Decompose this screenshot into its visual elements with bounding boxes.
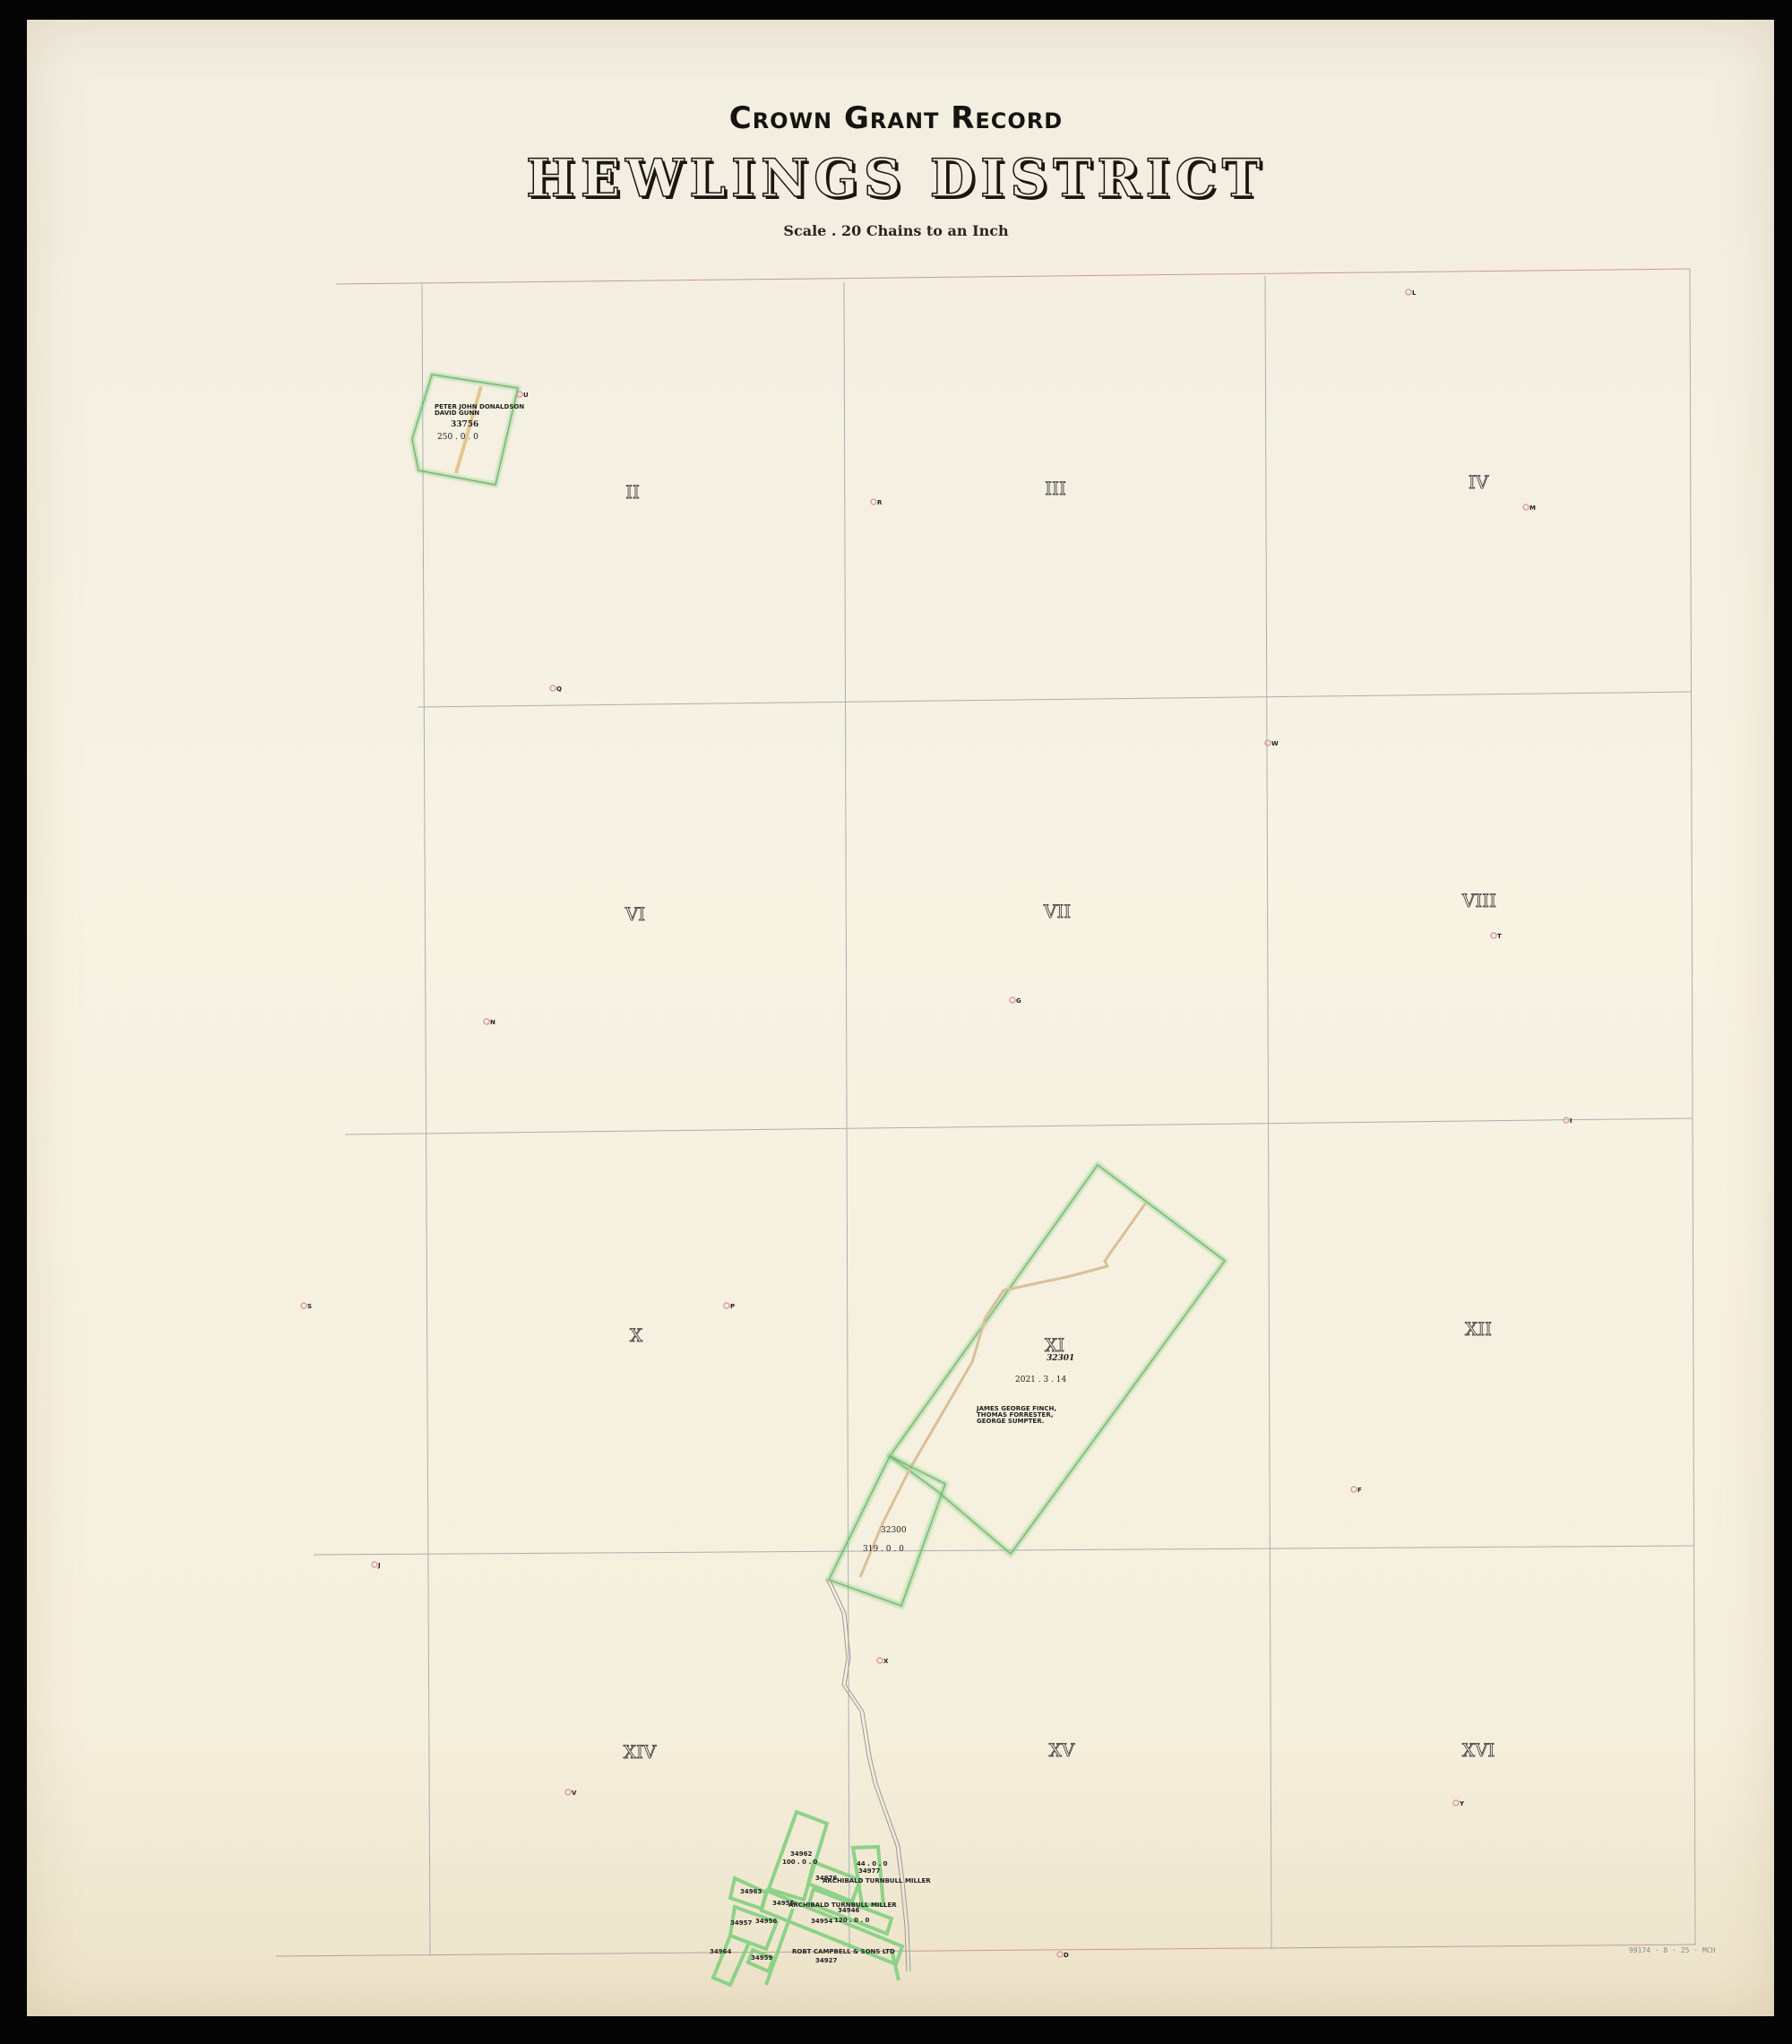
svg-text:34959: 34959 <box>751 1954 772 1962</box>
svg-text:32300: 32300 <box>881 1526 907 1535</box>
svg-text:33756: 33756 <box>451 420 478 429</box>
svg-text:Y: Y <box>1459 1800 1465 1807</box>
svg-text:P: P <box>730 1303 735 1310</box>
svg-text:L: L <box>1412 289 1417 297</box>
svg-text:I: I <box>1570 1117 1572 1125</box>
survey-marker-x: X <box>877 1658 889 1665</box>
survey-marker-q: Q <box>550 686 562 693</box>
svg-text:34977: 34977 <box>858 1867 880 1875</box>
section-label-xv: XV <box>1049 1739 1075 1761</box>
svg-text:S: S <box>307 1303 312 1310</box>
svg-text:J: J <box>377 1562 381 1569</box>
survey-marker-l: L <box>1406 289 1417 297</box>
svg-text:ARCHIBALD TURNBULL MILLER: ARCHIBALD TURNBULL MILLER <box>823 1877 931 1884</box>
svg-text:120 . 0 . 0: 120 . 0 . 0 <box>834 1917 870 1924</box>
svg-text:DAVID GUNN: DAVID GUNN <box>435 410 479 417</box>
svg-text:U: U <box>523 392 529 399</box>
svg-text:34956: 34956 <box>755 1918 777 1925</box>
survey-marker-n: N <box>484 1019 495 1026</box>
svg-text:GEORGE SUMPTER.: GEORGE SUMPTER. <box>977 1418 1044 1425</box>
svg-text:34954: 34954 <box>811 1918 832 1925</box>
svg-text:34946: 34946 <box>838 1907 859 1914</box>
svg-text:34963: 34963 <box>740 1888 762 1895</box>
svg-text:34957: 34957 <box>730 1919 752 1927</box>
survey-marker-v: V <box>565 1790 577 1797</box>
survey-marker-j: J <box>372 1562 381 1569</box>
grant-cluster-south <box>713 1812 902 1985</box>
grant-33756: PETER JOHN DONALDSON DAVID GUNN 33756 25… <box>412 375 524 485</box>
svg-text:F: F <box>1357 1487 1362 1494</box>
section-label-xii: XII <box>1465 1318 1492 1340</box>
section-label-vi: VI <box>625 903 645 925</box>
survey-markers: ULRMQWTNGISPFJXVYD <box>301 289 1572 1959</box>
svg-text:2021 . 3 . 14: 2021 . 3 . 14 <box>1015 1376 1067 1384</box>
svg-text:T: T <box>1497 933 1502 940</box>
grant-32300: 32300 319 . 0 . 0 <box>829 1456 945 1606</box>
section-label-iii: III <box>1045 478 1066 499</box>
survey-marker-g: G <box>1010 997 1021 1005</box>
svg-text:44 . 0 . 0: 44 . 0 . 0 <box>857 1860 888 1867</box>
survey-marker-t: T <box>1491 933 1502 940</box>
svg-text:D: D <box>1064 1952 1069 1959</box>
survey-marker-y: Y <box>1453 1800 1465 1807</box>
svg-text:34962: 34962 <box>790 1850 812 1858</box>
survey-map: PETER JOHN DONALDSON DAVID GUNN 33756 25… <box>0 0 1792 2044</box>
svg-text:M: M <box>1529 505 1536 512</box>
grant-cluster-labels: 34962 100 . 0 . 0 34976 ARCHIBALD TURNBU… <box>710 1850 931 1964</box>
section-label-iv: IV <box>1469 471 1489 493</box>
section-labels: IIIIIIVVIVIIVIIIXXIIXIVXVXVI <box>624 471 1496 1763</box>
svg-text:V: V <box>572 1790 577 1797</box>
svg-text:100 . 0 . 0: 100 . 0 . 0 <box>782 1859 818 1866</box>
svg-text:ROBT CAMPBELL & SONS LTD: ROBT CAMPBELL & SONS LTD <box>792 1948 895 1955</box>
survey-marker-m: M <box>1523 505 1536 512</box>
survey-marker-i: I <box>1564 1117 1572 1125</box>
svg-text:R: R <box>877 499 883 506</box>
survey-marker-s: S <box>301 1303 312 1310</box>
survey-marker-f: F <box>1351 1487 1362 1494</box>
svg-text:32301: 32301 <box>1047 1354 1074 1363</box>
svg-text:N: N <box>490 1019 495 1026</box>
section-label-x: X <box>630 1324 643 1346</box>
section-label-ii: II <box>625 481 640 503</box>
grid-lines <box>276 269 1696 1956</box>
survey-marker-r: R <box>871 499 883 506</box>
svg-text:G: G <box>1016 997 1021 1005</box>
svg-text:34927: 34927 <box>815 1957 837 1964</box>
section-label-vii: VII <box>1043 901 1071 922</box>
svg-text:X: X <box>883 1658 889 1665</box>
svg-text:319 . 0 . 0: 319 . 0 . 0 <box>863 1545 904 1554</box>
svg-text:34964: 34964 <box>710 1948 731 1955</box>
grant-32301: XI 32301 2021 . 3 . 14 JAMES GEORGE FINC… <box>860 1165 1225 1577</box>
survey-marker-p: P <box>724 1303 735 1310</box>
svg-text:Q: Q <box>556 686 562 693</box>
section-label-viii: VIII <box>1461 890 1496 911</box>
svg-text:250 . 0 . 0: 250 . 0 . 0 <box>437 433 478 442</box>
svg-text:W: W <box>1271 740 1279 747</box>
section-label: XI <box>1045 1334 1064 1356</box>
survey-marker-d: D <box>1057 1952 1069 1959</box>
section-label-xvi: XVI <box>1462 1739 1495 1761</box>
section-label-xiv: XIV <box>624 1741 657 1763</box>
